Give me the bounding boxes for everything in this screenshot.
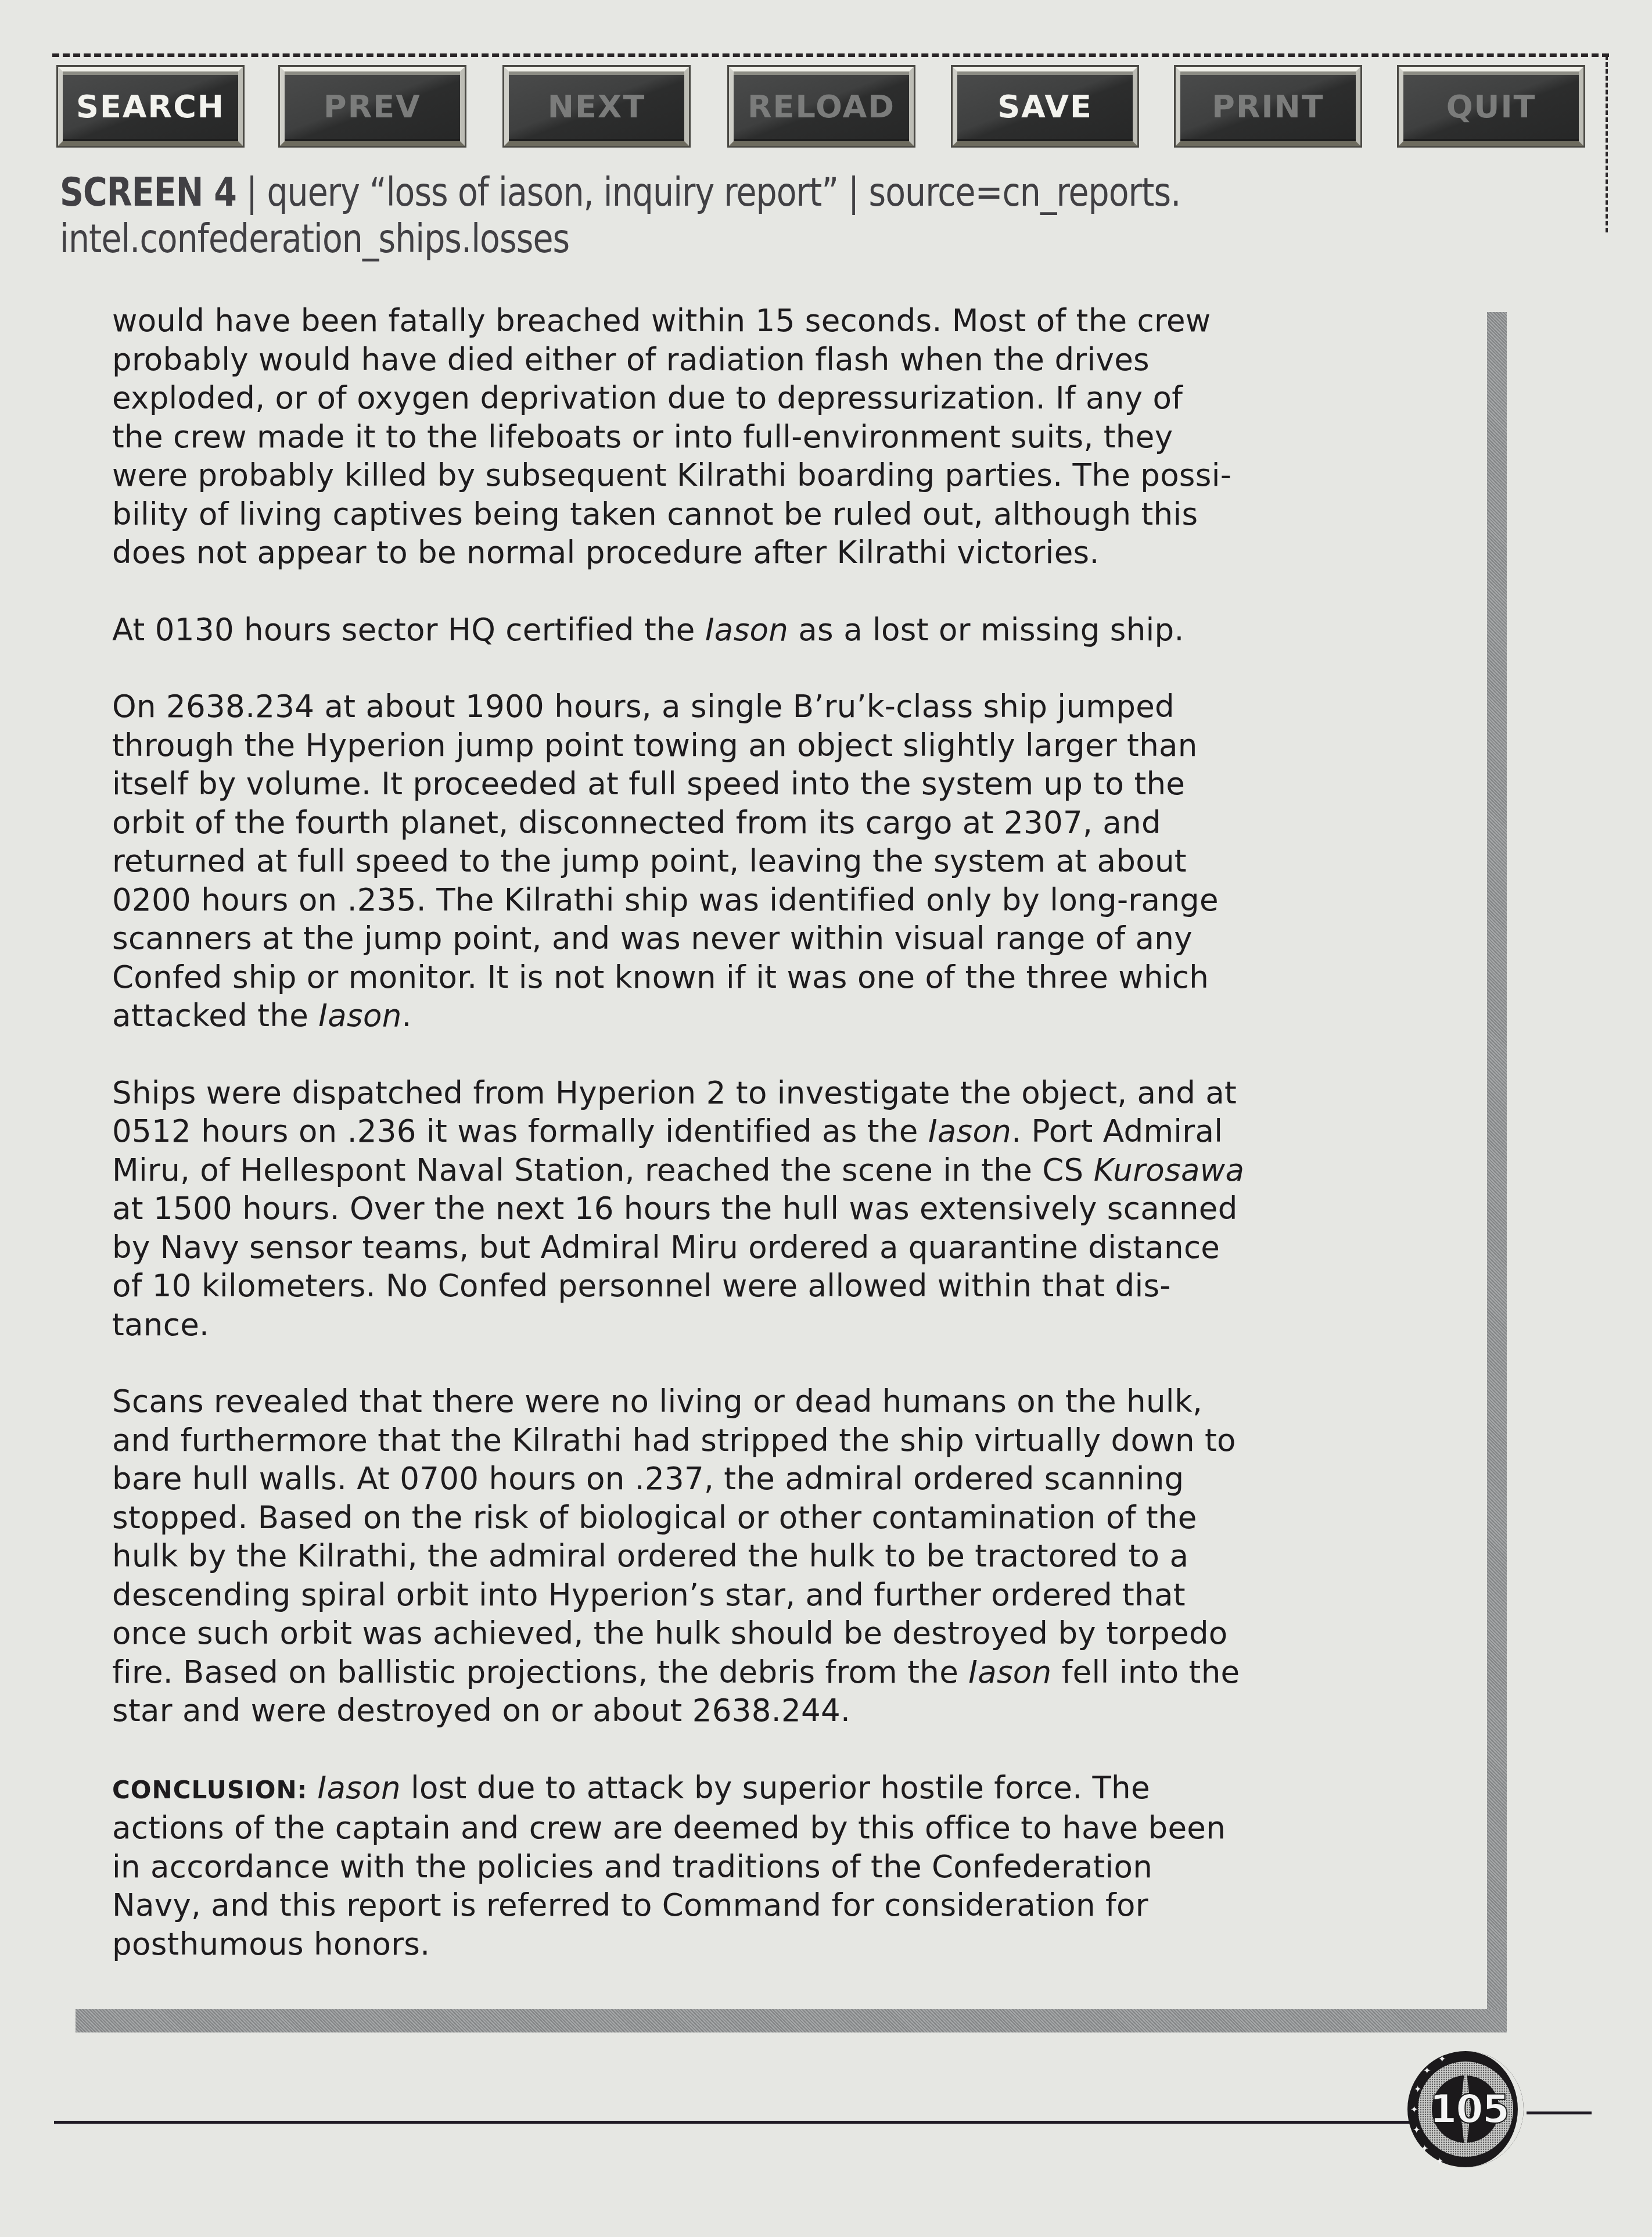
footer-rule-right bbox=[1527, 2111, 1592, 2114]
screen-label: SCREEN 4 bbox=[60, 170, 236, 216]
report-paragraph: On 2638.234 at about 1900 hours, a singl… bbox=[112, 688, 1495, 1036]
paragraph-text: At 0130 hours sector HQ certified the bbox=[112, 612, 705, 648]
frame-right-dashed-rule bbox=[1606, 55, 1608, 232]
prev-button-label: PREV bbox=[324, 88, 421, 125]
ship-name: Iason bbox=[968, 1655, 1051, 1690]
ship-name: Iason bbox=[318, 998, 401, 1034]
query-text: query “loss of iason, inquiry report” bbox=[267, 170, 838, 216]
paragraph-text: would have been fatally breached within … bbox=[112, 303, 1231, 571]
save-button[interactable]: SAVE bbox=[953, 67, 1137, 146]
paragraph-text: . bbox=[402, 998, 412, 1034]
next-button[interactable]: NEXT bbox=[504, 67, 689, 146]
source-text: source=cn_reports. bbox=[868, 170, 1180, 216]
paragraph-text: On 2638.234 at about 1900 hours, a singl… bbox=[112, 689, 1219, 1034]
heading-line-1: SCREEN 4 | query “loss of iason, inquiry… bbox=[60, 170, 1464, 216]
page-number: 105 bbox=[1406, 2046, 1529, 2173]
report-paragraph: At 0130 hours sector HQ certified the Ia… bbox=[112, 611, 1495, 650]
report-paragraph: Scans revealed that there were no living… bbox=[112, 1383, 1495, 1731]
toolbar: SEARCH PREV NEXT RELOAD SAVE PRINT QUIT bbox=[58, 67, 1586, 151]
prev-button[interactable]: PREV bbox=[280, 67, 465, 146]
search-button-label: SEARCH bbox=[76, 88, 225, 125]
quit-button-label: QUIT bbox=[1446, 88, 1536, 125]
reload-button[interactable]: RELOAD bbox=[729, 67, 914, 146]
footer-rule bbox=[54, 2121, 1413, 2124]
next-button-label: NEXT bbox=[548, 88, 646, 125]
paragraph-text: as a lost or missing ship. bbox=[788, 612, 1184, 648]
paragraph-text: Scans revealed that there were no living… bbox=[112, 1384, 1236, 1690]
report-body: would have been fatally breached within … bbox=[112, 302, 1495, 2002]
quit-button[interactable]: QUIT bbox=[1399, 67, 1583, 146]
conclusion-paragraph: CONCLUSION: Iason lost due to attack by … bbox=[112, 1769, 1495, 1964]
panel-bottom-shadow-bar bbox=[76, 2009, 1507, 2032]
source-path: intel.confederation_ships.losses bbox=[60, 216, 1464, 263]
ship-name: Iason bbox=[705, 612, 788, 648]
report-paragraph: Ships were dispatched from Hyperion 2 to… bbox=[112, 1074, 1495, 1345]
ship-name: Iason bbox=[928, 1114, 1011, 1149]
report-paragraph: would have been fatally breached within … bbox=[112, 302, 1495, 573]
print-button-label: PRINT bbox=[1212, 88, 1324, 125]
heading-separator: | bbox=[838, 170, 869, 216]
search-button[interactable]: SEARCH bbox=[58, 67, 243, 146]
conclusion-ship-name: Iason bbox=[318, 1770, 401, 1806]
heading-separator: | bbox=[236, 170, 267, 216]
page-number-badge: ✦ ✦ ✦ ✦ ✦ ✦ ✦ 105 bbox=[1406, 2046, 1525, 2173]
frame-top-dashed-rule bbox=[52, 53, 1609, 57]
conclusion-label: CONCLUSION: bbox=[112, 1776, 307, 1804]
reload-button-label: RELOAD bbox=[748, 88, 895, 125]
paragraph-text: at 1500 hours. Over the next 16 hours th… bbox=[112, 1191, 1238, 1343]
screen-heading: SCREEN 4 | query “loss of iason, inquiry… bbox=[60, 170, 1464, 263]
print-button[interactable]: PRINT bbox=[1176, 67, 1360, 146]
save-button-label: SAVE bbox=[997, 88, 1093, 125]
ship-name: Kurosawa bbox=[1094, 1153, 1244, 1188]
